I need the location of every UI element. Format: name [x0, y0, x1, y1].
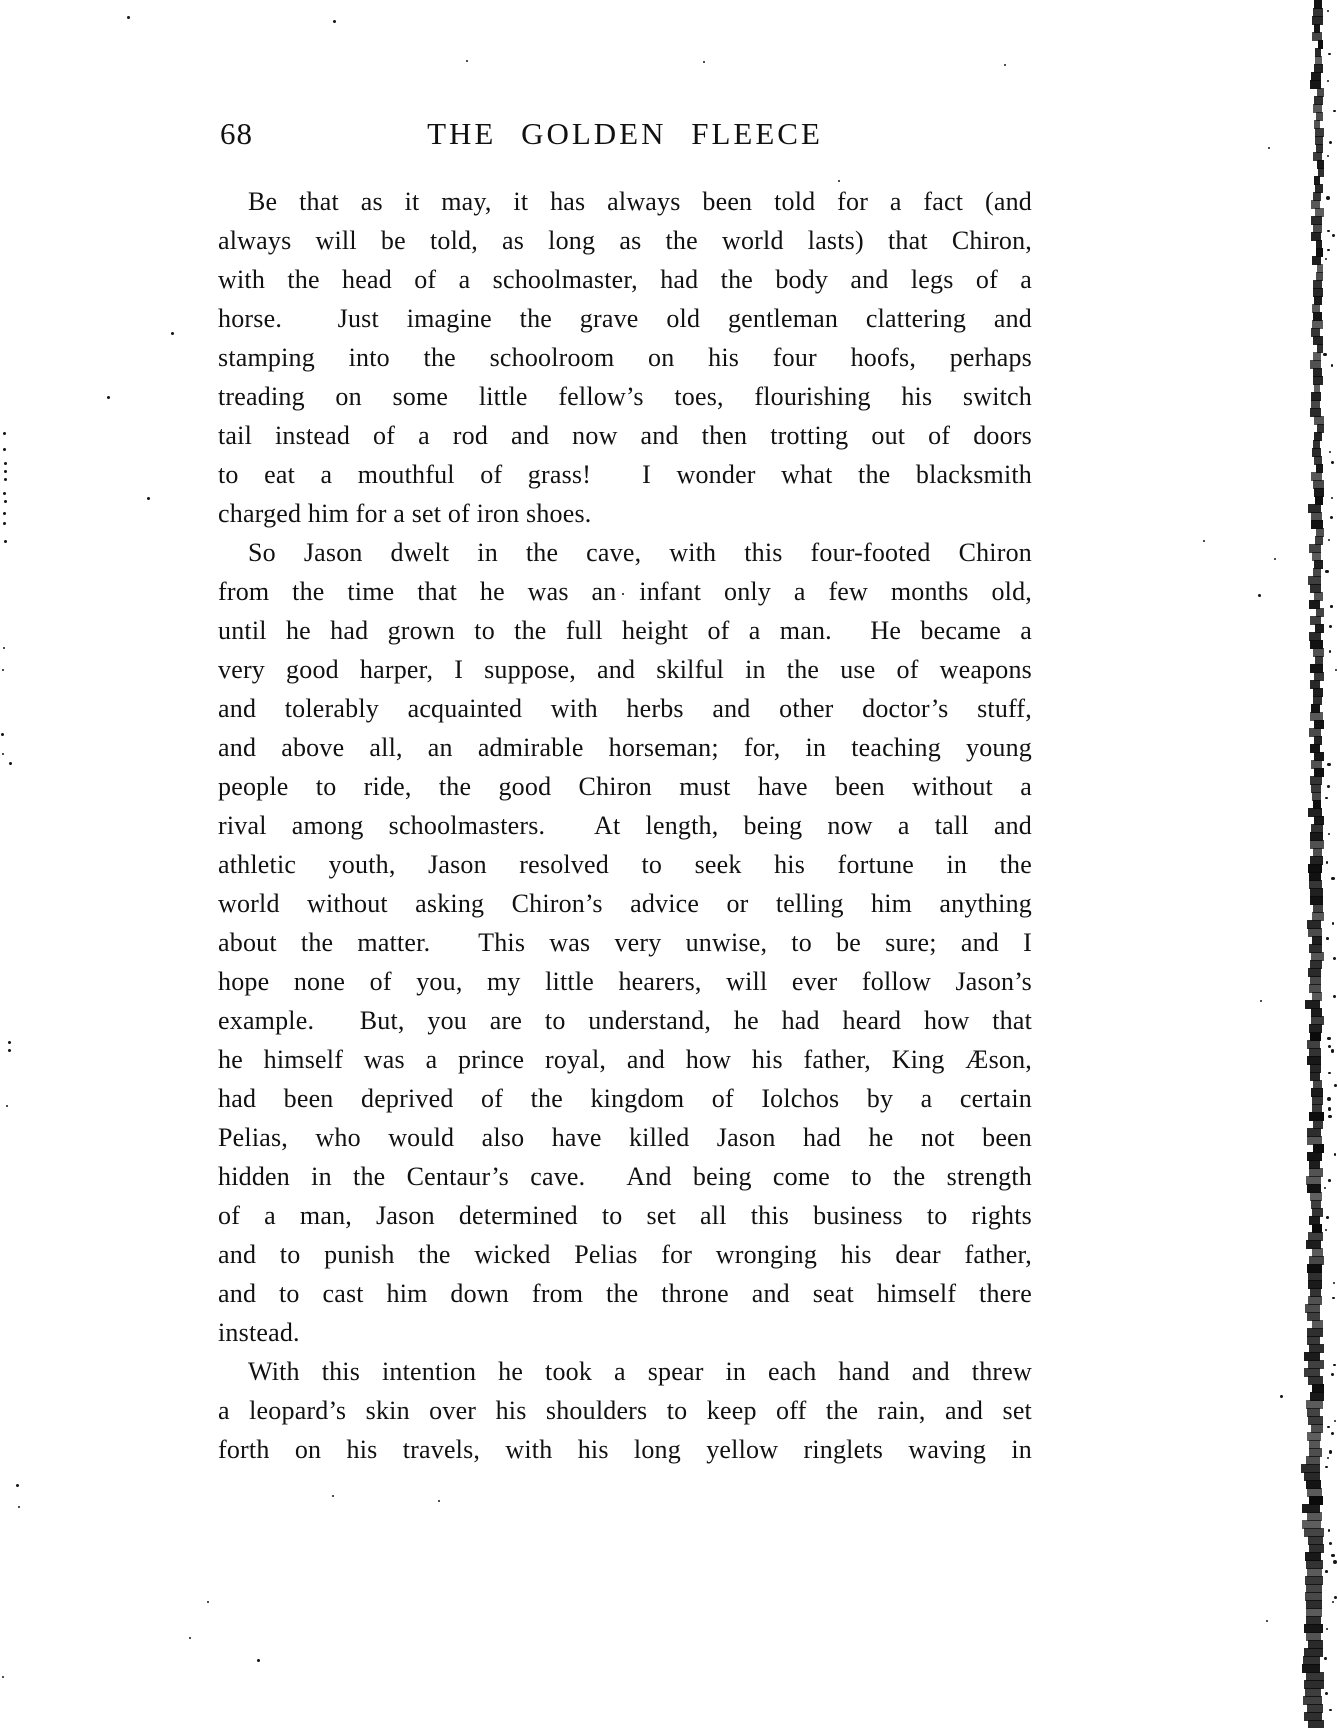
book-page: 68 THE GOLDEN FLEECE Be that as it may, …: [0, 0, 1338, 1728]
scan-speck: [1324, 1187, 1326, 1189]
scan-speck: [1325, 797, 1327, 799]
scan-speck: [1334, 1084, 1337, 1087]
text-line: until he had grown to the full height of…: [218, 611, 1032, 650]
scan-speck: [1332, 1297, 1335, 1300]
scan-speck: [1334, 1153, 1337, 1156]
scan-speck: [16, 1484, 19, 1487]
text-line: treading on some little fellow’s toes, f…: [218, 377, 1032, 416]
text-line: to eat a mouthful of grass! I wonder wha…: [218, 455, 1032, 494]
scan-speck: [1330, 605, 1332, 607]
scan-speck: [1327, 230, 1329, 232]
scan-speck: [1326, 1628, 1328, 1630]
scan-speck: [4, 470, 7, 473]
scan-speck: [1266, 1620, 1268, 1622]
text-block: Be that as it may, it has always been to…: [218, 182, 1032, 1469]
scan-speck: [1328, 1529, 1330, 1531]
scan-speck: [838, 180, 840, 182]
scan-speck: [1325, 1570, 1328, 1573]
text-line: he himself was a prince royal, and how h…: [218, 1040, 1032, 1079]
scan-speck: [1274, 558, 1276, 560]
scan-speck: [257, 1659, 260, 1662]
text-line: tail instead of a rod and now and then t…: [218, 416, 1032, 455]
scan-speck: [438, 1500, 440, 1502]
scan-speck: [1333, 1282, 1335, 1284]
scan-speck: [1329, 141, 1333, 145]
text-line: and above all, an admirable horseman; fo…: [218, 728, 1032, 767]
scan-speck: [1328, 53, 1331, 56]
scan-speck: [1335, 669, 1338, 672]
scan-speck: [1324, 1657, 1327, 1660]
scan-speck: [1325, 1466, 1328, 1469]
scan-speck: [1332, 922, 1334, 924]
scan-speck: [1258, 594, 1261, 597]
text-line: world without asking Chiron’s advice or …: [218, 884, 1032, 923]
scan-speck: [1323, 353, 1326, 356]
scan-speck: [466, 60, 468, 62]
text-line: example. But, you are to understand, he …: [218, 1001, 1032, 1040]
scan-speck: [1327, 155, 1329, 157]
scan-speck: [9, 762, 12, 765]
scan-speck: [8, 1041, 11, 1044]
scan-speck: [3, 448, 6, 451]
text-line: forth on his travels, with his long yell…: [218, 1430, 1032, 1469]
text-line: So Jason dwelt in the cave, with this fo…: [218, 533, 1032, 572]
scan-speck: [1334, 1596, 1337, 1599]
scan-speck: [1332, 234, 1335, 237]
scan-speck: [1280, 1395, 1283, 1398]
text-line: stamping into the schoolroom on his four…: [218, 338, 1032, 377]
scan-speck: [1327, 1097, 1331, 1101]
scan-speck: [3, 647, 5, 649]
scan-speck: [1325, 570, 1329, 574]
text-line: of a man, Jason determined to set all th…: [218, 1196, 1032, 1235]
scan-speck: [1328, 1107, 1332, 1111]
binding-strip-segment: [1308, 1720, 1323, 1728]
scan-speck: [1328, 1179, 1331, 1182]
scan-speck: [1325, 1229, 1327, 1231]
scan-speck: [1325, 1692, 1329, 1696]
scan-speck: [332, 1495, 334, 1497]
scan-speck: [6, 1105, 8, 1107]
scan-speck: [1327, 785, 1330, 788]
scan-speck: [107, 396, 110, 399]
scan-speck: [4, 540, 7, 543]
text-line: and to cast him down from the throne and…: [218, 1274, 1032, 1313]
scan-speck: [1327, 10, 1329, 12]
text-line: a leopard’s skin over his shoulders to k…: [218, 1391, 1032, 1430]
scan-speck: [1326, 861, 1328, 863]
scan-speck: [1, 733, 4, 736]
scan-speck: [1331, 461, 1334, 464]
scan-speck: [147, 497, 150, 500]
text-line: Pelias, who would also have killed Jason…: [218, 1118, 1032, 1157]
scan-speck: [1333, 995, 1336, 998]
text-line: and to punish the wicked Pelias for wron…: [218, 1235, 1032, 1274]
text-line: charged him for a set of iron shoes.: [218, 494, 1032, 533]
scan-speck: [1333, 957, 1336, 960]
text-line: very good harper, I suppose, and skilful…: [218, 650, 1032, 689]
text-line: always will be told, as long as the worl…: [218, 221, 1032, 260]
scan-speck: [1260, 1000, 1262, 1002]
scan-speck: [703, 61, 705, 63]
scan-speck: [1327, 1426, 1330, 1429]
scan-speck: [1329, 650, 1332, 653]
scan-speck: [1327, 1457, 1329, 1459]
scan-speck: [1331, 1049, 1334, 1052]
scan-speck: [1328, 539, 1330, 541]
scan-speck: [1331, 1554, 1335, 1558]
scan-speck: [2, 669, 4, 671]
text-line: instead.: [218, 1313, 1032, 1352]
scan-speck: [1329, 1709, 1332, 1712]
scan-speck: [1325, 258, 1327, 260]
text-line: about the matter. This was very unwise, …: [218, 923, 1032, 962]
scan-speck: [1333, 1560, 1337, 1564]
scan-speck: [1327, 80, 1329, 82]
scan-speck: [1326, 196, 1330, 200]
scan-speck: [4, 500, 7, 503]
scan-speck: [18, 1506, 20, 1508]
paragraph: With this intention he took a spear in e…: [218, 1352, 1032, 1469]
scan-speck: [333, 20, 336, 23]
scan-speck: [1331, 877, 1335, 881]
scan-speck: [3, 432, 6, 435]
scan-speck: [4, 462, 7, 465]
scan-speck: [1331, 1373, 1334, 1376]
text-line: hope none of you, my little hearers, wil…: [218, 962, 1032, 1001]
scan-speck: [1332, 1601, 1334, 1603]
text-line: people to ride, the good Chiron must hav…: [218, 767, 1032, 806]
scan-speck: [1326, 1216, 1329, 1219]
text-line: athletic youth, Jason resolved to seek h…: [218, 845, 1032, 884]
scan-speck: [3, 492, 6, 495]
scan-speck: [1329, 625, 1332, 628]
scan-speck: [4, 478, 7, 481]
scan-speck: [1004, 64, 1006, 66]
scan-speck: [1334, 1420, 1337, 1423]
text-line: with the head of a schoolmaster, had the…: [218, 260, 1032, 299]
scan-speck: [1331, 1432, 1334, 1435]
scan-speck: [1331, 364, 1333, 366]
scan-speck: [1331, 497, 1333, 499]
text-line: hidden in the Centaur’s cave. And being …: [218, 1157, 1032, 1196]
text-line: and tolerably acquainted with herbs and …: [218, 689, 1032, 728]
scan-speck: [1328, 1045, 1331, 1048]
paragraph: Be that as it may, it has always been to…: [218, 182, 1032, 533]
scan-speck: [2, 1676, 4, 1678]
page-title: THE GOLDEN FLEECE: [218, 116, 1032, 152]
scan-speck: [1328, 1115, 1331, 1118]
text-line: from the time that he was an infant only…: [218, 572, 1032, 611]
scan-speck: [171, 332, 174, 335]
scan-speck: [8, 1049, 11, 1052]
text-line: horse. Just imagine the grave old gentle…: [218, 299, 1032, 338]
scan-speck: [1333, 110, 1335, 112]
scan-speck: [622, 593, 624, 595]
text-line: With this intention he took a spear in e…: [218, 1352, 1032, 1391]
scan-speck: [189, 1637, 191, 1639]
scan-speck: [127, 16, 130, 19]
scan-speck: [1328, 833, 1330, 835]
paragraph: So Jason dwelt in the cave, with this fo…: [218, 533, 1032, 1352]
scan-speck: [1333, 1364, 1335, 1366]
text-line: had been deprived of the kingdom of Iolc…: [218, 1079, 1032, 1118]
text-line: Be that as it may, it has always been to…: [218, 182, 1032, 221]
scan-speck: [1329, 1450, 1333, 1454]
scan-speck: [1328, 1072, 1330, 1074]
scan-speck: [1203, 540, 1205, 542]
scan-speck: [1329, 1542, 1332, 1545]
scan-speck: [3, 522, 6, 525]
scan-speck: [1327, 763, 1331, 767]
scan-speck: [1327, 1037, 1330, 1040]
scan-speck: [1330, 516, 1333, 519]
scan-speck: [207, 1601, 209, 1603]
text-line: rival among schoolmasters. At length, be…: [218, 806, 1032, 845]
scan-speck: [1327, 249, 1329, 251]
scan-speck: [2, 753, 4, 755]
running-header: 68 THE GOLDEN FLEECE: [218, 116, 1032, 158]
scan-speck: [1268, 147, 1270, 149]
scan-speck: [3, 512, 6, 515]
scan-speck: [1326, 937, 1329, 940]
scan-speck: [1329, 451, 1332, 454]
